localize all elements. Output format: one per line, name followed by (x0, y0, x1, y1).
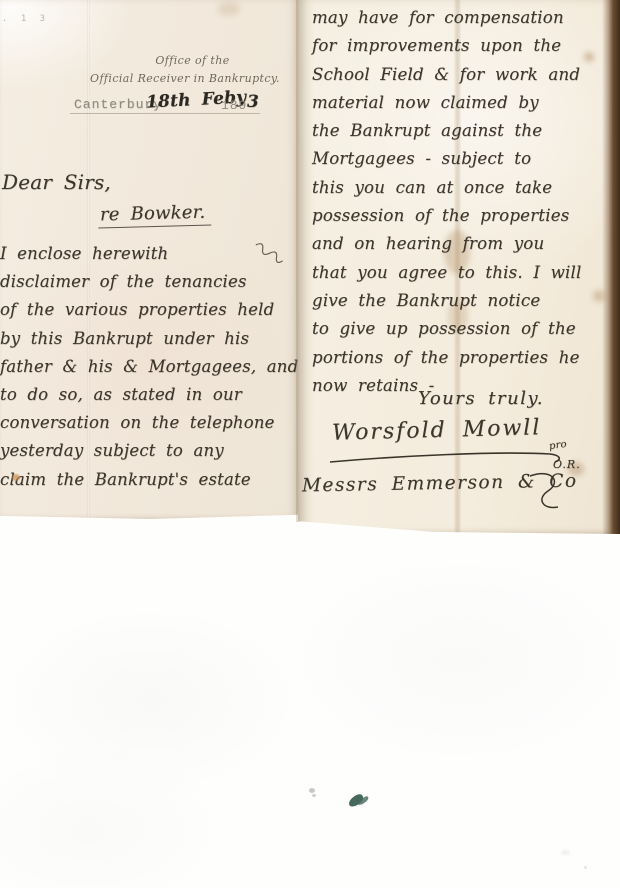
left-page-body: I enclose herewithdisclaimer of the tena… (0, 240, 300, 494)
handwritten-line: possession of the properties (312, 202, 618, 230)
reference-stamp: . 1 3 (2, 14, 49, 24)
gray-speck (309, 788, 315, 793)
handwritten-line: portions of the properties he (312, 344, 618, 372)
handwritten-line: give the Bankrupt notice (312, 287, 618, 315)
signature-underline-flourish (328, 446, 570, 468)
teal-ink-mark (347, 792, 365, 808)
handwritten-line: conversation on the telephone (0, 409, 300, 437)
handwritten-line: material now claimed by (312, 89, 618, 117)
handwritten-line: disclaimer of the tenancies (0, 268, 300, 296)
handwritten-line: this you can at once take (312, 174, 618, 202)
handwritten-line: father & his & Mortgagees, and (0, 353, 300, 381)
tiny-dot (584, 866, 587, 869)
handwritten-line: and on hearing from you (312, 230, 618, 258)
salutation: Dear Sirs, (2, 170, 111, 194)
handwritten-line: to do so, as stated in our (0, 381, 300, 409)
handwritten-year-digit: 3 (247, 92, 259, 112)
printed-year: 189 (221, 98, 247, 113)
right-edge-shadow (602, 0, 620, 534)
handwritten-line: to give up possession of the (312, 315, 618, 343)
letter-page-left: . 1 3 Office of the Official Receiver in… (0, 0, 298, 520)
handwritten-line: I enclose herewith (0, 240, 300, 268)
foxing-dot (12, 474, 20, 481)
handwritten-line: Mortgagees - subject to (312, 145, 618, 173)
addressee-flourish (524, 468, 566, 512)
faint-smudge (561, 850, 570, 855)
letterhead-fill-line (70, 113, 260, 114)
subject-line: re Bowker. (98, 202, 212, 229)
handwritten-line: the Bankrupt against the (312, 117, 618, 145)
paper-stain (218, 2, 240, 16)
handwritten-line: may have for compensation (312, 4, 618, 32)
handwritten-line: for improvements upon the (312, 32, 618, 60)
handwritten-line: by this Bankrupt under his (0, 325, 300, 353)
letterhead-line-2: Official Receiver in Bankruptcy. (70, 72, 300, 85)
closing-valediction: Yours truly. (418, 388, 544, 409)
handwritten-line: School Field & for work and (312, 61, 618, 89)
letterhead-line-1: Office of the (100, 54, 285, 67)
handwritten-line: yesterday subject to any (0, 437, 300, 465)
handwritten-line: claim the Bankrupt's estate (0, 466, 300, 494)
handwritten-line: that you agree to this. I will (312, 259, 618, 287)
right-page-body: may have for compensationfor improvement… (312, 4, 618, 400)
letter-scan: . 1 3 Office of the Official Receiver in… (0, 0, 620, 888)
handwritten-line: of the various properties held (0, 296, 300, 324)
